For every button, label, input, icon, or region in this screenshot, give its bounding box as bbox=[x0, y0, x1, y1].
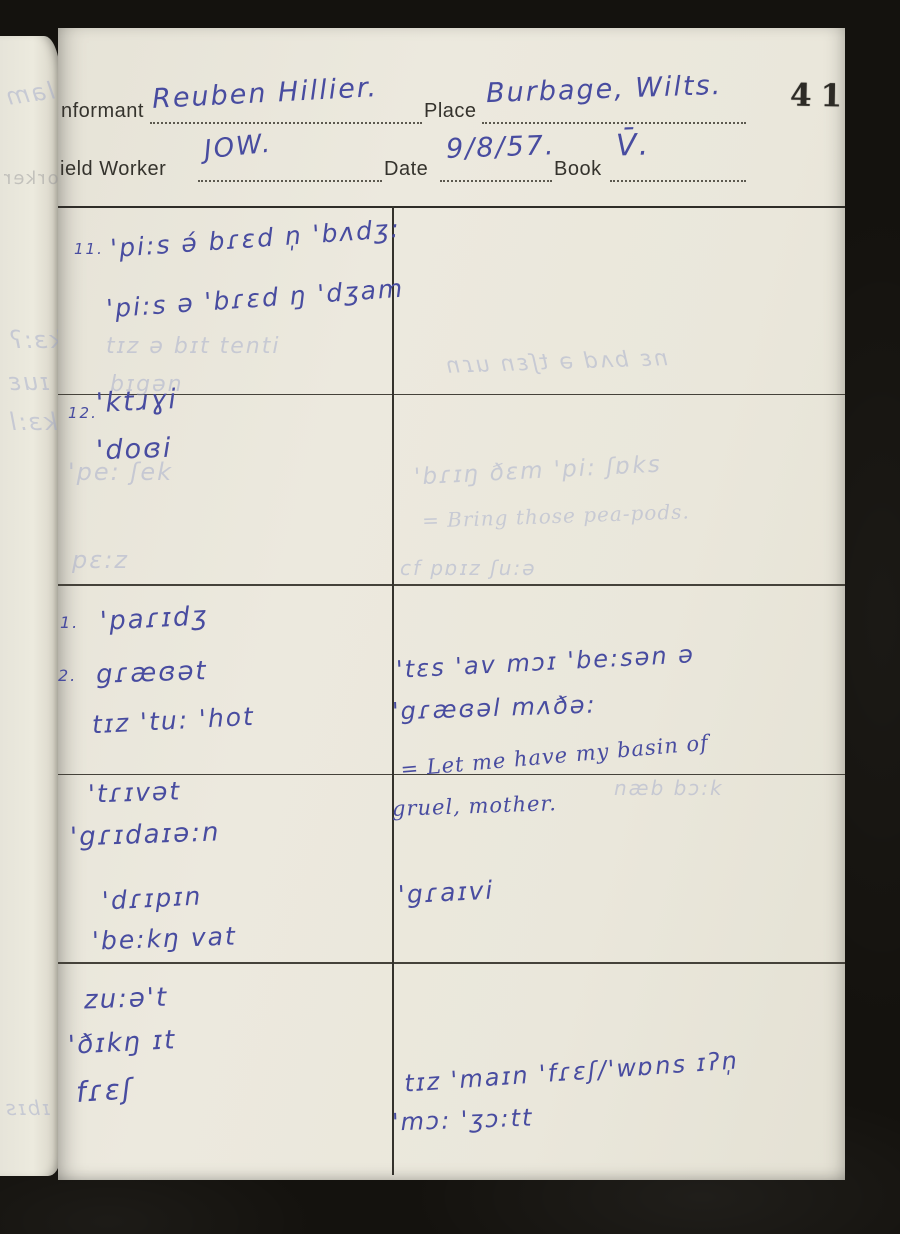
dotted-line bbox=[150, 122, 422, 124]
dotted-line bbox=[198, 180, 382, 182]
ghost-text: pɛ:z bbox=[72, 546, 129, 574]
phonetic-entry: 'gɾaɪvi bbox=[397, 875, 495, 909]
phonetic-entry: 'mɔ: 'ʒɔ:tt bbox=[392, 1104, 534, 1137]
margin-number: 12. bbox=[68, 404, 98, 422]
book-value: V̄. bbox=[615, 127, 650, 163]
phonetic-entry: 'pi:s ə́ bɾɛd n̩ 'bʌdʒ: bbox=[109, 214, 401, 263]
phonetic-entry: 'tɾɪvət bbox=[88, 776, 182, 808]
previous-page-edge: a lam orker kɜ:ʔ ɪuɛ kɜ:l ɪbɪs bbox=[0, 36, 60, 1176]
place-label: Place bbox=[424, 100, 477, 123]
phonetic-entry: 'gɾɪdaɪə:n bbox=[70, 817, 221, 852]
notebook-page: nformant Reuben Hillier. Place Burbage, … bbox=[58, 28, 845, 1180]
phonetic-entry: tɪz 'maɪn 'fɾɛʃ/'wɒns ɪʔn̩ bbox=[403, 1046, 739, 1097]
phonetic-entry: 'ktɹɣi bbox=[95, 384, 178, 419]
margin-number: 11. bbox=[74, 240, 104, 258]
ghost-text: = Bring those pea-pods. bbox=[422, 499, 691, 532]
margin-number: 2. bbox=[58, 666, 77, 685]
informant-label: nformant bbox=[61, 100, 144, 123]
phonetic-entry: 'pi:s ə 'bɾɛd ŋ 'dʒam bbox=[105, 274, 405, 324]
ghost-text: næb bɔ:k bbox=[614, 776, 724, 800]
ghost-text: nɛ bʌd ə tʃɛn uɾn bbox=[444, 346, 669, 379]
table-top-rule bbox=[58, 206, 845, 208]
ghost-text: tɪz ə bɪt tenti bbox=[106, 334, 280, 359]
dotted-line bbox=[610, 180, 746, 182]
book-label: Book bbox=[554, 158, 602, 181]
translation-entry: gruel, mother. bbox=[392, 791, 558, 821]
ghost-text: ɪbɪs bbox=[4, 1096, 50, 1120]
phonetic-entry: 'doɞi bbox=[95, 433, 173, 467]
phonetic-entry: 'paɾɪdʒ bbox=[99, 601, 209, 637]
informant-value: Reuben Hillier. bbox=[151, 72, 378, 115]
page-number: 41 bbox=[790, 77, 845, 114]
table-row-rule bbox=[58, 962, 845, 964]
phonetic-entry: 'dɾɪpɪn bbox=[101, 881, 203, 915]
place-value: Burbage, Wilts. bbox=[486, 70, 723, 109]
phonetic-entry: gɾæɞət bbox=[96, 656, 209, 690]
phonetic-entry: 'ðɪkŋ ɪt bbox=[67, 1025, 177, 1061]
phonetic-entry: 'tɛs 'av mɔɪ 'be:sən ə bbox=[395, 640, 695, 684]
dotted-line bbox=[482, 122, 746, 124]
ghost-text: ɪuɛ bbox=[6, 368, 49, 396]
phonetic-entry: 'be:kŋ vat bbox=[92, 921, 238, 955]
fieldworker-label: ield Worker bbox=[60, 158, 166, 181]
date-label: Date bbox=[384, 158, 428, 181]
margin-number: 1. bbox=[60, 613, 79, 632]
phonetic-entry: zu:ə't bbox=[84, 983, 169, 1016]
ghost-text: 'bɾɪŋ ðɛm 'pi: ʃɒks bbox=[413, 452, 662, 491]
table-row-rule bbox=[58, 584, 845, 586]
ghost-text: kɜ:ʔ bbox=[8, 326, 63, 354]
ghost-text: kɜ:l bbox=[8, 408, 58, 436]
fieldworker-value: JOW. bbox=[203, 129, 274, 166]
phonetic-entry: fɾɛʃ bbox=[75, 1072, 135, 1109]
phonetic-entry: 'gɾæɞəl mʌðə: bbox=[392, 690, 597, 725]
ghost-text: cf pɒɪz ʃu:ə bbox=[400, 556, 537, 580]
date-value: 9/8/57. bbox=[445, 130, 556, 165]
dotted-line bbox=[440, 180, 552, 182]
table-column-divider bbox=[392, 206, 394, 1175]
phonetic-entry: tɪz 'tu: 'hot bbox=[91, 702, 255, 739]
ghost-text: orker bbox=[2, 168, 59, 189]
